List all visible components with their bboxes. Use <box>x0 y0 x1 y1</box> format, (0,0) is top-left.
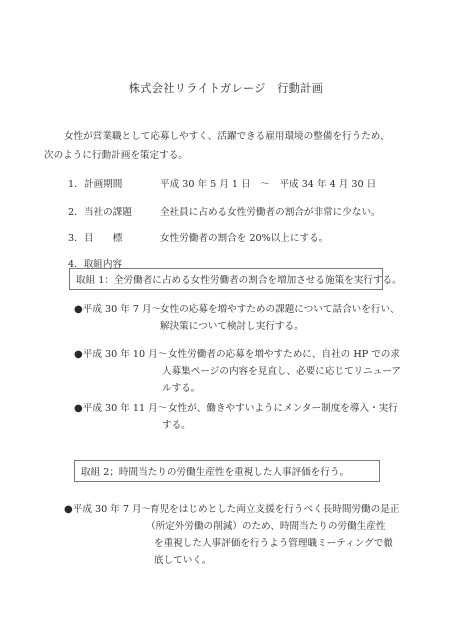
action-text-line: 解決策について検討し実行する。 <box>160 318 304 335</box>
action-text-line: する。 <box>162 417 191 434</box>
item-number: 2． <box>68 204 84 218</box>
action-date: 平成 30 年 11 月～ <box>83 403 168 414</box>
initiative-1-box: 取組 1：全労働者に占める女性労働者の割合を増加させる施策を実行する。 <box>69 268 383 290</box>
initiative-2-text: 取組 2；時間当たりの労働生産性を重視した人事評価を行う。 <box>81 464 349 478</box>
action-item: ●平成 30 年 7 月～ <box>64 501 151 518</box>
item-number: 3． <box>68 230 84 244</box>
page-title: 株式会社リライトガレージ 行動計画 <box>0 80 452 96</box>
action-text-line: （所定外労働の削減）のため、時間当たりの労働生産性 <box>146 518 385 535</box>
intro-line-2: 次のように行動計画を策定する。 <box>44 147 188 161</box>
bullet-icon: ● <box>64 504 73 515</box>
bullet-icon: ● <box>74 304 83 315</box>
action-date: 平成 30 年 10 月～ <box>83 349 168 360</box>
action-item: ●平成 30 年 7 月～ <box>74 301 161 318</box>
intro-line-1: 女性が営業職として応募しやすく、活躍できる雇用環境の整備を行うため、 <box>64 128 390 142</box>
action-item: ●平成 30 年 11 月～ <box>74 400 167 417</box>
action-text-line: を重視した人事評価を行うよう管理職ミーティングで徹 <box>154 535 393 552</box>
action-text-line: 女性労働者の応募を増やすために、自社の HP での求 <box>168 346 400 363</box>
item-label-issue: 当社の課題 <box>84 204 132 218</box>
item-number: 1． <box>68 176 84 190</box>
action-item: ●平成 30 年 10 月～ <box>74 346 167 363</box>
action-text-line: 底していく。 <box>154 552 211 569</box>
initiative-1-text: 取組 1：全労働者に占める女性労働者の割合を増加させる施策を実行する。 <box>76 272 402 286</box>
item-value-period: 平成 30 年 5 月 1 日 ～ 平成 34 年 4 月 30 日 <box>160 176 376 190</box>
action-text-line: 女性の応募を増やすための課題について話合いを行い、 <box>160 301 400 318</box>
action-text-line: 女性が、働きやすいようにメンター制度を導入・実行 <box>168 400 398 417</box>
action-text-line: ルする。 <box>162 380 200 397</box>
bullet-icon: ● <box>74 403 83 414</box>
item-value-issue: 全社員に占める女性労働者の割合が非常に少ない。 <box>160 204 381 218</box>
item-value-goal: 女性労働者の割合を 20%以上にする。 <box>160 230 328 244</box>
initiative-2-box: 取組 2；時間当たりの労働生産性を重視した人事評価を行う。 <box>74 460 380 482</box>
action-text-line: 人募集ページの内容を見直し、必要に応じてリニューア <box>162 363 401 380</box>
item-label-period: 計画期間 <box>84 176 122 190</box>
action-date: 平成 30 年 7 月～ <box>83 304 161 315</box>
item-label-goal: 目 標 <box>84 230 122 244</box>
action-date: 平成 30 年 7 月～ <box>73 504 151 515</box>
action-text-line: 育児をはじめとした両立支援を行うべく長時間労働の是正 <box>150 501 399 518</box>
bullet-icon: ● <box>74 349 83 360</box>
